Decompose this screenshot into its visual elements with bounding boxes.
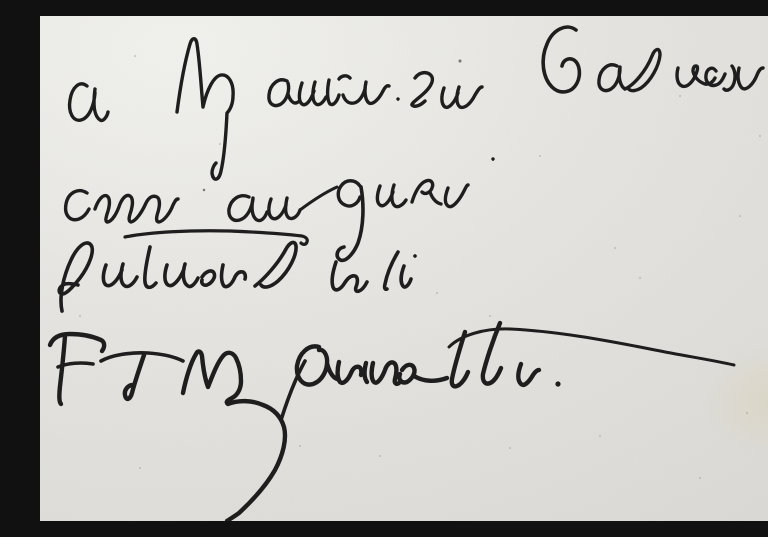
handwritten-note-photo: handwritten ink dedication a Maurizio Ca… — [40, 16, 768, 521]
handwriting-canvas — [40, 16, 768, 521]
stroke-sig-i — [365, 363, 367, 382]
